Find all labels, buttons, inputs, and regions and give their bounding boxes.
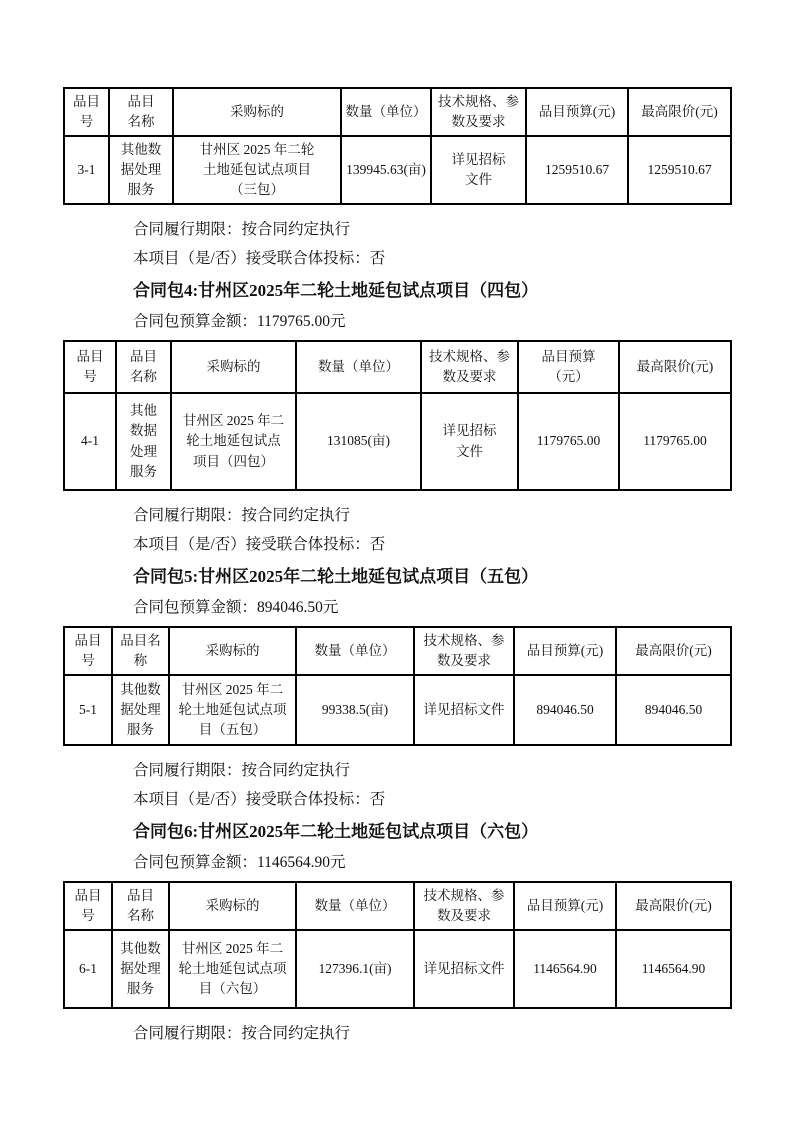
- items-table-pkg3: 品目 号 品目 名称 采购标的 数量（单位） 技术规格、参 数及要求 品目预算(…: [63, 87, 732, 205]
- header-tech-specs: 技术规格、参 数及要求: [421, 341, 518, 393]
- header-item-budget: 品目预算 （元）: [518, 341, 619, 393]
- header-item-no: 品目 号: [64, 88, 109, 136]
- cell-procurement-target: 甘州区 2025 年二 轮土地延包试点 项目（四包）: [171, 393, 296, 490]
- joint-bid-text: 本项目（是/否）接受联合体投标：否: [133, 789, 730, 810]
- items-table-pkg5: 品目 号 品目名 称 采购标的 数量（单位） 技术规格、参 数及要求 品目预算(…: [63, 626, 732, 746]
- header-quantity-unit: 数量（单位）: [296, 627, 414, 675]
- header-item-budget: 品目预算(元): [514, 627, 616, 675]
- header-max-price: 最高限价(元): [616, 882, 731, 930]
- cell-item-budget: 1179765.00: [518, 393, 619, 490]
- header-max-price: 最高限价(元): [616, 627, 731, 675]
- table-data-row: 5-1 其他数 据处理 服务 甘州区 2025 年二 轮土地延包试点项 目（五包…: [64, 675, 731, 745]
- package5-heading: 合同包5:甘州区2025年二轮土地延包试点项目（五包）: [133, 565, 730, 589]
- cell-item-budget: 1146564.90: [514, 930, 616, 1008]
- cell-procurement-target: 甘州区 2025 年二轮 土地延包试点项目 （三包）: [173, 136, 341, 204]
- cell-tech-specs: 详见招标文件: [414, 675, 514, 745]
- cell-item-name: 其他数 据处理 服务: [109, 136, 173, 204]
- header-item-no: 品目 号: [64, 627, 112, 675]
- header-tech-specs: 技术规格、参 数及要求: [431, 88, 526, 136]
- table-header-row: 品目 号 品目名 称 采购标的 数量（单位） 技术规格、参 数及要求 品目预算(…: [64, 627, 731, 675]
- table-header-row: 品目 号 品目 名称 采购标的 数量（单位） 技术规格、参 数及要求 品目预算 …: [64, 341, 731, 393]
- package6-budget: 合同包预算金额：1146564.90元: [133, 852, 730, 873]
- header-max-price: 最高限价(元): [619, 341, 731, 393]
- header-tech-specs: 技术规格、参 数及要求: [414, 882, 514, 930]
- header-procurement-target: 采购标的: [169, 882, 296, 930]
- header-max-price: 最高限价(元): [628, 88, 731, 136]
- package6-heading: 合同包6:甘州区2025年二轮土地延包试点项目（六包）: [133, 820, 730, 844]
- package4-heading: 合同包4:甘州区2025年二轮土地延包试点项目（四包）: [133, 279, 730, 303]
- cell-max-price: 1259510.67: [628, 136, 731, 204]
- header-item-name: 品目 名称: [109, 88, 173, 136]
- header-item-budget: 品目预算(元): [514, 882, 616, 930]
- header-quantity-unit: 数量（单位）: [296, 882, 414, 930]
- cell-quantity: 131085(亩): [296, 393, 421, 490]
- table-data-row: 3-1 其他数 据处理 服务 甘州区 2025 年二轮 土地延包试点项目 （三包…: [64, 136, 731, 204]
- header-procurement-target: 采购标的: [173, 88, 341, 136]
- cell-item-no: 3-1: [64, 136, 109, 204]
- cell-item-name: 其他 数据 处理 服务: [116, 393, 171, 490]
- cell-tech-specs: 详见招标文件: [414, 930, 514, 1008]
- header-item-budget: 品目预算(元): [526, 88, 628, 136]
- joint-bid-text: 本项目（是/否）接受联合体投标：否: [133, 248, 730, 269]
- cell-max-price: 1146564.90: [616, 930, 731, 1008]
- header-procurement-target: 采购标的: [171, 341, 296, 393]
- header-quantity-unit: 数量（单位）: [341, 88, 431, 136]
- cell-quantity: 127396.1(亩): [296, 930, 414, 1008]
- package4-budget: 合同包预算金额：1179765.00元: [133, 311, 730, 332]
- header-item-name: 品目 名称: [112, 882, 169, 930]
- cell-max-price: 894046.50: [616, 675, 731, 745]
- cell-item-budget: 1259510.67: [526, 136, 628, 204]
- header-item-name: 品目名 称: [112, 627, 169, 675]
- items-table-pkg6: 品目 号 品目 名称 采购标的 数量（单位） 技术规格、参 数及要求 品目预算(…: [63, 881, 732, 1009]
- cell-procurement-target: 甘州区 2025 年二 轮土地延包试点项 目（五包）: [169, 675, 296, 745]
- cell-max-price: 1179765.00: [619, 393, 731, 490]
- table-header-row: 品目 号 品目 名称 采购标的 数量（单位） 技术规格、参 数及要求 品目预算(…: [64, 882, 731, 930]
- cell-item-budget: 894046.50: [514, 675, 616, 745]
- table-data-row: 6-1 其他数 据处理 服务 甘州区 2025 年二 轮土地延包试点项 目（六包…: [64, 930, 731, 1008]
- package5-budget: 合同包预算金额：894046.50元: [133, 597, 730, 618]
- cell-tech-specs: 详见招标 文件: [431, 136, 526, 204]
- cell-item-no: 6-1: [64, 930, 112, 1008]
- cell-item-name: 其他数 据处理 服务: [112, 930, 169, 1008]
- contract-term-text: 合同履行期限：按合同约定执行: [133, 219, 730, 240]
- header-item-no: 品目 号: [64, 882, 112, 930]
- items-table-pkg4: 品目 号 品目 名称 采购标的 数量（单位） 技术规格、参 数及要求 品目预算 …: [63, 340, 732, 491]
- header-item-no: 品目 号: [64, 341, 116, 393]
- cell-quantity: 99338.5(亩): [296, 675, 414, 745]
- header-procurement-target: 采购标的: [169, 627, 296, 675]
- table-header-row: 品目 号 品目 名称 采购标的 数量（单位） 技术规格、参 数及要求 品目预算(…: [64, 88, 731, 136]
- header-quantity-unit: 数量（单位）: [296, 341, 421, 393]
- joint-bid-text: 本项目（是/否）接受联合体投标：否: [133, 534, 730, 555]
- table-data-row: 4-1 其他 数据 处理 服务 甘州区 2025 年二 轮土地延包试点 项目（四…: [64, 393, 731, 490]
- cell-procurement-target: 甘州区 2025 年二 轮土地延包试点项 目（六包）: [169, 930, 296, 1008]
- cell-quantity: 139945.63(亩): [341, 136, 431, 204]
- document-page: 品目 号 品目 名称 采购标的 数量（单位） 技术规格、参 数及要求 品目预算(…: [0, 0, 793, 1122]
- cell-tech-specs: 详见招标 文件: [421, 393, 518, 490]
- contract-term-text: 合同履行期限：按合同约定执行: [133, 505, 730, 526]
- header-tech-specs: 技术规格、参 数及要求: [414, 627, 514, 675]
- cell-item-no: 4-1: [64, 393, 116, 490]
- contract-term-text: 合同履行期限：按合同约定执行: [133, 1023, 730, 1044]
- cell-item-no: 5-1: [64, 675, 112, 745]
- cell-item-name: 其他数 据处理 服务: [112, 675, 169, 745]
- contract-term-text: 合同履行期限：按合同约定执行: [133, 760, 730, 781]
- header-item-name: 品目 名称: [116, 341, 171, 393]
